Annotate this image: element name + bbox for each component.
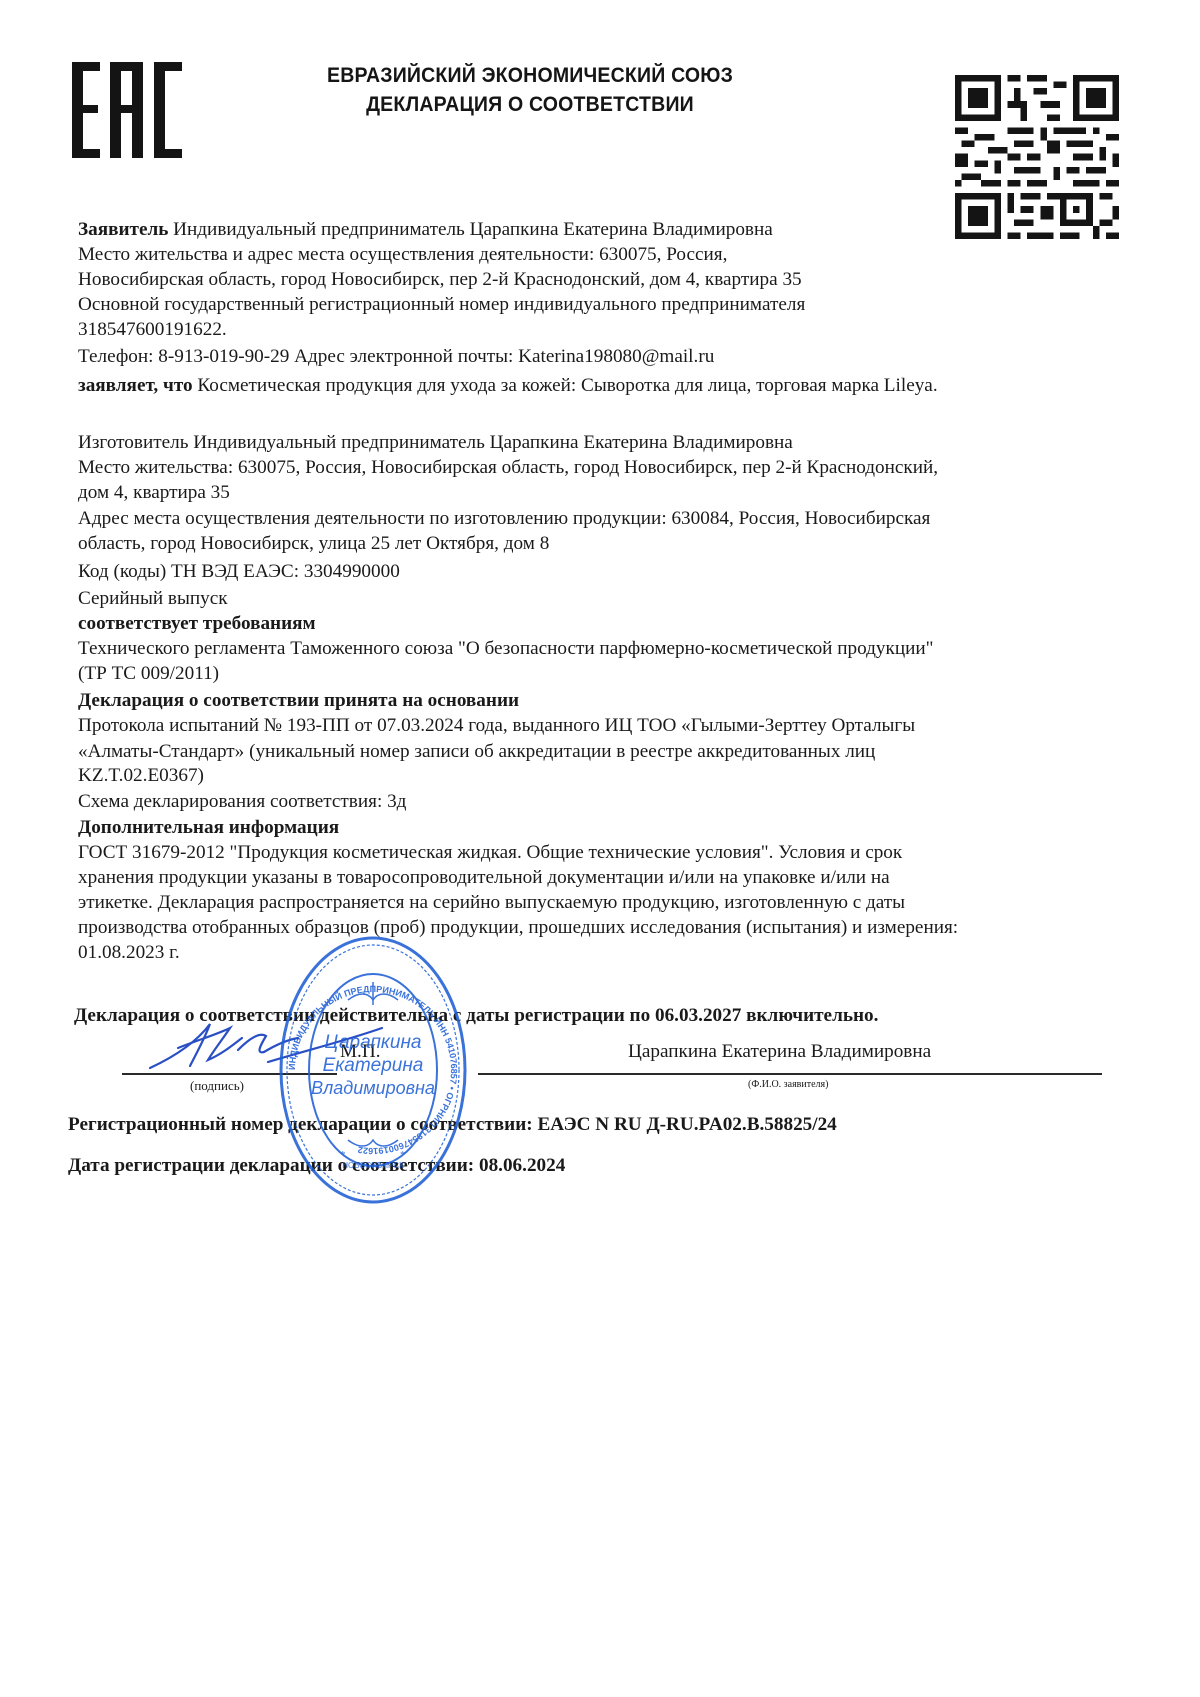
svg-text:Царапкина: Царапкина [325, 1032, 422, 1053]
applicant-contacts: Телефон: 8-913-019-90-29 Адрес электронн… [78, 345, 714, 369]
qr-code-icon [955, 75, 1119, 239]
manufacturer-line3: дом 4, квартира 35 [78, 481, 230, 505]
applicant-address-line1: Место жительства и адрес места осуществл… [78, 243, 727, 267]
applicant-label: Заявитель [78, 219, 168, 240]
applicant-ogrn-line2: 318547600191622. [78, 318, 227, 342]
declares-label: заявляет, что [78, 375, 193, 396]
basis-line2: «Алматы-Стандарт» (уникальный номер запи… [78, 740, 875, 764]
union-title: ЕВРАЗИЙСКИЙ ЭКОНОМИЧЕСКИЙ СОЮЗ [270, 64, 791, 88]
basis-line3: KZ.T.02.E0367) [78, 764, 204, 788]
requirements-heading: соответствует требованиям [78, 612, 316, 636]
additional-line1: ГОСТ 31679-2012 "Продукция косметическая… [78, 841, 902, 865]
applicant-address-line2: Новосибирская область, город Новосибирск… [78, 268, 802, 292]
svg-text:НОВОСИБИРСК: НОВОСИБИРСК [342, 1161, 404, 1170]
requirements-line2: (ТР ТС 009/2011) [78, 662, 219, 686]
additional-line4: производства отобранных образцов (проб) … [78, 916, 958, 940]
full-name-line [478, 1073, 1102, 1075]
full-name-caption: (Ф.И.О. заявителя) [748, 1079, 828, 1090]
additional-line5: 01.08.2023 г. [78, 941, 180, 965]
svg-text:Екатерина: Екатерина [323, 1055, 424, 1076]
additional-heading: Дополнительная информация [78, 816, 339, 840]
additional-line3: этикетке. Декларация распространяется на… [78, 891, 905, 915]
applicant-line: Заявитель Индивидуальный предприниматель… [78, 218, 773, 242]
requirements-line1: Технического регламента Таможенного союз… [78, 637, 933, 661]
tnved-code: Код (коды) ТН ВЭД ЕАЭС: 3304990000 [78, 560, 400, 584]
applicant-full-name: Царапкина Екатерина Владимировна [628, 1040, 931, 1064]
basis-heading: Декларация о соответствии принята на осн… [78, 689, 519, 713]
declaration-scheme: Схема декларирования соответствия: 3д [78, 790, 406, 814]
svg-text:Владимировна: Владимировна [311, 1078, 435, 1098]
manufacturer-line5: область, город Новосибирск, улица 25 лет… [78, 532, 549, 556]
declares-line: заявляет, что Косметическая продукция дл… [78, 374, 938, 398]
applicant-name: Индивидуальный предприниматель Царапкина… [168, 219, 772, 240]
manufacturer-line2: Место жительства: 630075, Россия, Новоси… [78, 456, 938, 480]
basis-line1: Протокола испытаний № 193-ПП от 07.03.20… [78, 714, 915, 738]
additional-line2: хранения продукции указаны в товаросопро… [78, 866, 890, 890]
svg-text:*: * [340, 1149, 346, 1161]
eac-logo-icon [72, 62, 184, 158]
manufacturer-line1: Изготовитель Индивидуальный предпринимат… [78, 431, 793, 455]
product-description: Косметическая продукция для ухода за кож… [193, 375, 938, 396]
manufacturer-line4: Адрес места осуществления деятельности п… [78, 507, 930, 531]
signature-caption: (подпись) [190, 1078, 244, 1094]
official-seal-icon: ИНДИВИДУАЛЬНЫЙ ПРЕДПРИНИМАТЕЛЬ ИНН 54107… [278, 930, 468, 1210]
applicant-ogrn-line1: Основной государственный регистрационный… [78, 293, 805, 317]
svg-text:*: * [400, 1149, 406, 1161]
document-title: ДЕКЛАРАЦИЯ О СООТВЕТСТВИИ [270, 93, 791, 117]
serial-release: Серийный выпуск [78, 587, 228, 611]
